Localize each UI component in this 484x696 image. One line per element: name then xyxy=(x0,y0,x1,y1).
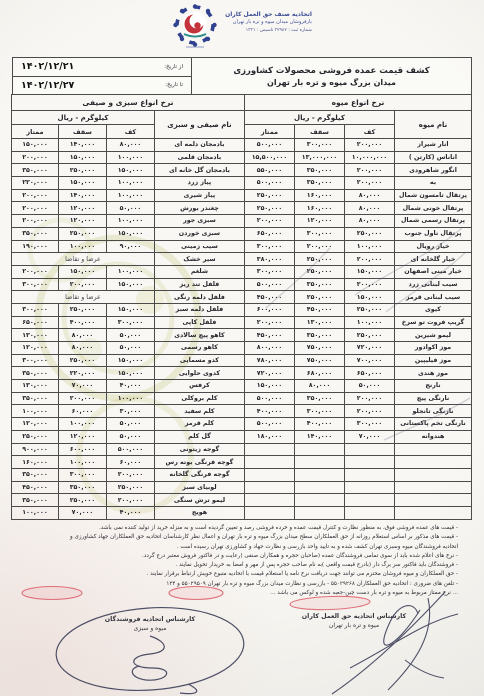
fruit-ceiling-value: ۳۰۰,۰۰۰ xyxy=(295,227,345,240)
veg-name-header: نام صیفی و سبزی xyxy=(154,111,244,139)
fruit-empty-cell xyxy=(345,456,395,469)
veg-ceiling-value: ۱۲۰,۰۰۰ xyxy=(58,430,106,443)
veg-premium-value: ۳۵۰,۰۰۰ xyxy=(11,367,58,380)
veg-premium-value: ۱۹۰,۰۰۰ xyxy=(11,240,58,253)
fruit-item-name: اناناس (کارتن ) xyxy=(395,151,472,164)
fruit-floor-value: ۷۲۰,۰۰۰ xyxy=(345,342,395,355)
footer-notes: - قیمت های عمده فروشی فوق، به منظور نظار… xyxy=(34,524,458,598)
fruit-premium-value: ۶۵۰,۰۰۰ xyxy=(244,227,294,240)
fruit-empty-cell xyxy=(244,468,294,481)
price-row: پرتقال ناول جنوب۲۵۰,۰۰۰۳۰۰,۰۰۰۶۵۰,۰۰۰سبز… xyxy=(11,227,471,240)
veg-floor-value: ۳۰۰,۰۰۰ xyxy=(106,316,154,329)
veg-section-title: نرخ انواع سبزی و صیفی xyxy=(11,95,244,111)
price-table: نرخ انواع میوه نرخ انواع سبزی و صیفی نام… xyxy=(11,94,472,520)
veg-premium-value: ۳۵۰,۰۰۰ xyxy=(11,494,58,507)
fruit-empty-cell xyxy=(244,506,294,519)
fruit-premium-value: ۱۸۰,۰۰۰ xyxy=(244,430,294,443)
veg-ceiling-value: ۱۵۰,۰۰۰ xyxy=(58,265,106,278)
price-row: انگور شاهرودی۲۰۰,۰۰۰۳۵۰,۰۰۰۵۵۰,۰۰۰بادمجا… xyxy=(11,164,471,177)
fruit-item-name: نارنگی تانجلو xyxy=(395,405,472,418)
veg-floor-value: ۴۰,۰۰۰ xyxy=(106,380,154,393)
veg-ceiling-value: ۲۵۰,۰۰۰ xyxy=(58,494,106,507)
veg-item-name: چغندر بورش xyxy=(154,202,244,215)
note-line: - حق العملکاران و میوه فروشان محترم می ت… xyxy=(34,570,458,579)
fruit-premium-value: ۳۰۰,۰۰۰ xyxy=(244,265,294,278)
fruit-floor-value: ۲۰۰,۰۰۰ xyxy=(345,405,395,418)
fruit-premium-value: ۵۰۰,۰۰۰ xyxy=(244,139,294,152)
veg-ceiling-value: ۲۲۰,۰۰۰ xyxy=(58,367,106,380)
price-row: موز اکوادور۷۲۰,۰۰۰۷۵۰,۰۰۰۸۰۰,۰۰۰کاهو رسم… xyxy=(11,342,471,355)
signature-right-block: کارشناس اتحادیه حق العمل کاران میوه و تر… xyxy=(279,612,429,630)
price-row: خیار مینی اصفهان۱۵۰,۰۰۰۲۵۰,۰۰۰۳۰۰,۰۰۰شلغ… xyxy=(11,265,471,278)
price-row: سیب لبنانی زرد۲۰۰,۰۰۰۳۵۰,۰۰۰۵۰۰,۰۰۰فلفل … xyxy=(11,278,471,291)
price-row: گوجه فرنگی گلخانه۲۰۰,۰۰۰۳۰۰,۰۰۰۳۵۰,۰۰۰ xyxy=(11,468,471,481)
fruit-ceiling-value: ۴۰۰,۰۰۰ xyxy=(295,418,345,431)
veg-floor-value: ۵۰,۰۰۰ xyxy=(106,329,154,342)
fruit-ceiling-value: ۱۲۰,۰۰۰ xyxy=(295,215,345,228)
veg-premium-value: ۱۰۰,۰۰۰ xyxy=(11,506,58,519)
fruit-ceiling-value: ۳۵۰,۰۰۰ xyxy=(295,392,345,405)
veg-item-name: کاهو رسمی xyxy=(154,342,244,355)
fruit-ceiling-value: ۷۵۰,۰۰۰ xyxy=(295,354,345,367)
fruit-floor-value: ۱۰۰,۰۰۰ xyxy=(345,240,395,253)
fruit-unit-header: کیلوگرم - ریال xyxy=(244,111,394,125)
veg-ceiling-value: ۴۰۰,۰۰۰ xyxy=(58,316,106,329)
veg-item-name: هویج xyxy=(154,506,244,519)
price-row: به۲۰۰,۰۰۰۳۵۰,۰۰۰۵۰۰,۰۰۰پیاز زرد۱۰۰,۰۰۰۱۵… xyxy=(11,177,471,190)
note-line: اتحادیه فروشندگان میوه وسبزی تهران کشف ش… xyxy=(34,543,458,552)
fruit-floor-value: ۸۰,۰۰۰ xyxy=(345,202,395,215)
note-line: - قیمت های مذکور بر اساس استعلام روزانه … xyxy=(34,533,458,542)
veg-premium-value: ۱۳۰,۰۰۰ xyxy=(11,380,58,393)
fruit-premium-value: ۲۵۰,۰۰۰ xyxy=(244,189,294,202)
fruit-premium-value: ۳۸۰,۰۰۰ xyxy=(244,253,294,266)
fruit-empty-cell xyxy=(244,481,294,494)
veg-ceiling-value: ۶۰۰,۰۰۰ xyxy=(58,443,106,456)
note-line: - فروشندگان باید فاکتور سر برگ دار (بادر… xyxy=(34,561,458,570)
fruit-ceiling-value: ۲۵۰,۰۰۰ xyxy=(295,291,345,304)
veg-floor-value: ۵۰۰,۰۰۰ xyxy=(106,443,154,456)
veg-floor-value: ۳۰,۰۰۰ xyxy=(106,405,154,418)
veg-premium-value: ۱۰۰,۰۰۰ xyxy=(11,405,58,418)
fruit-ceiling-value: ۳۵۰,۰۰۰ xyxy=(295,177,345,190)
veg-ceiling-value: ۲۵۰,۰۰۰ xyxy=(58,227,106,240)
veg-ceiling-value: ۲۰۰,۰۰۰ xyxy=(58,392,106,405)
price-row: خیار رویال۱۰۰,۰۰۰۲۰۰,۰۰۰۳۰۰,۰۰۰سیب زمینی… xyxy=(11,240,471,253)
veg-item-name: لوبیای سبز xyxy=(154,481,244,494)
signature-right-subtitle: میوه و تره بار تهران xyxy=(279,621,429,630)
veg-premium-value: ۶۵۰,۰۰۰ xyxy=(11,316,58,329)
veg-floor-value: ۲۰۰,۰۰۰ xyxy=(106,468,154,481)
org-name-line1: اتحادیه صنف حق العمل کاران xyxy=(225,11,312,19)
fruit-empty-cell xyxy=(244,456,294,469)
veg-premium-value: ۲۰۰,۰۰۰ xyxy=(11,215,58,228)
signature-left-subtitle: میوه و سبزی xyxy=(80,624,220,633)
fruit-item-name: نارنج xyxy=(395,380,472,393)
fruit-empty-cell xyxy=(395,481,472,494)
fruit-item-name: خیار مینی اصفهان xyxy=(395,265,472,278)
veg-ceiling-value: ۸۰,۰۰۰ xyxy=(58,342,106,355)
fruit-premium-header: ممتاز xyxy=(244,125,294,139)
veg-item-name: سبزی خوردن xyxy=(154,227,244,240)
fruit-ceiling-value: ۸۰,۰۰۰ xyxy=(295,380,345,393)
price-row: پرتقال خونی شمال۸۰,۰۰۰۱۶۰,۰۰۰۲۵۰,۰۰۰چغند… xyxy=(11,202,471,215)
fruit-item-name: موز فیلیپین xyxy=(395,354,472,367)
price-row: موز فیلیپین۷۰۰,۰۰۰۷۵۰,۰۰۰۷۸۰,۰۰۰کدو مسما… xyxy=(11,354,471,367)
fruit-floor-value: ۱۰,۰۰۰,۰۰۰ xyxy=(345,151,395,164)
veg-item-name: گوجه زیتونی xyxy=(154,443,244,456)
price-row: اناناس (کارتن )۱۰,۰۰۰,۰۰۰۱۳,۰۰۰,۰۰۰۱۵,۵۰… xyxy=(11,151,471,164)
veg-item-name: گل کلم xyxy=(154,430,244,443)
fruit-item-name: پرتقال خونی شمال xyxy=(395,202,472,215)
union-logo-icon xyxy=(172,3,218,51)
veg-floor-value: ۱۵۰,۰۰۰ xyxy=(106,164,154,177)
price-row: نارنج۵۰,۰۰۰۸۰,۰۰۰۱۵۰,۰۰۰کرفس۴۰,۰۰۰۷۰,۰۰۰… xyxy=(11,380,471,393)
fruit-floor-value: ۵۰,۰۰۰ xyxy=(345,380,395,393)
fruit-ceiling-value: ۶۸۰,۰۰۰ xyxy=(295,367,345,380)
fruit-floor-value: ۲۰۰,۰۰۰ xyxy=(345,177,395,190)
veg-floor-value: ۱۰۰,۰۰۰ xyxy=(106,177,154,190)
fruit-ceiling-value: ۲۰۰,۰۰۰ xyxy=(295,240,345,253)
fruit-empty-cell xyxy=(295,468,345,481)
veg-ceiling-value: ۱۰۰,۰۰۰ xyxy=(58,418,106,431)
price-row: نارنگی پیچ۲۰۰,۰۰۰۳۵۰,۰۰۰۵۰۰,۰۰۰کلم بروکل… xyxy=(11,392,471,405)
price-row: گوجه فرنگی بوته رس۶۰,۰۰۰۱۰۰,۰۰۰۱۶۰,۰۰۰ xyxy=(11,456,471,469)
veg-premium-value: ۲۰۰,۰۰۰ xyxy=(11,265,58,278)
veg-item-name: پیاز شیری xyxy=(154,189,244,202)
fruit-premium-value: ۵۰۰,۰۰۰ xyxy=(244,418,294,431)
fruit-floor-value: ۲۰۰,۰۰۰ xyxy=(345,139,395,152)
veg-ceiling-value: ۱۵۰,۰۰۰ xyxy=(58,177,106,190)
fruit-floor-value: ۳۰۰,۰۰۰ xyxy=(345,418,395,431)
price-row: نارنگی تخم پاکستانی۳۰۰,۰۰۰۴۰۰,۰۰۰۵۰۰,۰۰۰… xyxy=(11,418,471,431)
fruit-premium-value: ۳۰۰,۰۰۰ xyxy=(244,240,294,253)
veg-floor-value: ۱۰۰,۰۰۰ xyxy=(106,265,154,278)
veg-item-name: بادمجان گل خانه ای xyxy=(154,164,244,177)
fruit-premium-value: ۱۵,۵۰۰,۰۰۰ xyxy=(244,151,294,164)
fruit-empty-cell xyxy=(295,481,345,494)
price-row: پرتقال تامسون شمال۸۰,۰۰۰۱۶۰,۰۰۰۲۵۰,۰۰۰پی… xyxy=(11,189,471,202)
price-row: پرتقال رسمی شمال۸۰,۰۰۰۱۲۰,۰۰۰۲۰۰,۰۰۰سبزی… xyxy=(11,215,471,228)
veg-floor-header: کف xyxy=(106,125,154,139)
note-line: - تلفن های ضروری : اتحادیه حق العملکاران… xyxy=(34,580,458,589)
veg-ceiling-value: ۲۵۰,۰۰۰ xyxy=(58,303,106,316)
fruit-floor-value: ۱۵۰,۰۰۰ xyxy=(345,291,395,304)
date-from-label: از تاریخ: xyxy=(164,64,183,70)
veg-premium-value: ۳۵۰,۰۰۰ xyxy=(11,164,58,177)
veg-item-name: کلم قرمز xyxy=(154,418,244,431)
veg-premium-value: ۱۳۰,۰۰۰ xyxy=(11,329,58,342)
veg-premium-value: ۳۰۰,۰۰۰ xyxy=(11,278,58,291)
veg-unit-header: کیلوگرم - ریال xyxy=(11,111,154,125)
veg-item-name: کرفس xyxy=(154,380,244,393)
fruit-floor-value: ۲۰۰,۰۰۰ xyxy=(345,392,395,405)
fruit-premium-value: ۲۵۰,۰۰۰ xyxy=(244,202,294,215)
veg-floor-value: ۱۰۰,۰۰۰ xyxy=(106,392,154,405)
fruit-ceiling-value: ۱۳۰,۰۰۰ xyxy=(295,316,345,329)
veg-premium-value: ۲۲۰,۰۰۰ xyxy=(11,177,58,190)
veg-ceiling-value: ۷۰,۰۰۰ xyxy=(58,506,106,519)
fruit-premium-value: ۵۵۰,۰۰۰ xyxy=(244,164,294,177)
veg-floor-value: ۱۰۰,۰۰۰ xyxy=(106,189,154,202)
veg-floor-value: ۱۵۰,۰۰۰ xyxy=(106,354,154,367)
fruit-ceiling-header: سقف xyxy=(295,125,345,139)
fruit-empty-cell xyxy=(295,506,345,519)
veg-ceiling-value: ۸۰,۰۰۰ xyxy=(58,329,106,342)
price-row: لیمو ترش سنگی۲۰۰,۰۰۰۲۵۰,۰۰۰۳۵۰,۰۰۰ xyxy=(11,494,471,507)
fruit-ceiling-value: ۳۰۰,۰۰۰ xyxy=(295,139,345,152)
veg-floor-value: ۵۰,۰۰۰ xyxy=(106,430,154,443)
veg-item-name: کلم بروکلی xyxy=(154,392,244,405)
title-line2: میدان بزرگ میوه و تره بار تهران xyxy=(267,77,396,88)
veg-ceiling-value: ۱۵۰,۰۰۰ xyxy=(58,151,106,164)
veg-ceiling-value: ۱۰۰,۰۰۰ xyxy=(58,240,106,253)
fruit-floor-value: ۲۰۰,۰۰۰ xyxy=(345,164,395,177)
veg-supply-demand-cell: عرضا و تقاضا xyxy=(11,291,154,304)
fruit-item-name: به xyxy=(395,177,472,190)
fruit-ceiling-value: ۱۶۰,۰۰۰ xyxy=(295,189,345,202)
veg-premium-value: ۲۰۰,۰۰۰ xyxy=(11,202,58,215)
fruit-item-name: پرتقال ناول جنوب xyxy=(395,227,472,240)
veg-floor-value: ۱۰۰,۰۰۰ xyxy=(106,215,154,228)
veg-item-name: فلفل دلمه سبز xyxy=(154,303,244,316)
note-line: - نرخ های اعلام شده باید از سوی تمامی فر… xyxy=(34,552,458,561)
unit-header-row: نام میوه کیلوگرم - ریال نام صیفی و سبزی … xyxy=(11,111,471,125)
price-row: انار شیراز۲۰۰,۰۰۰۳۰۰,۰۰۰۵۰۰,۰۰۰بادمجان د… xyxy=(11,139,471,152)
veg-ceiling-value: ۱۴۰,۰۰۰ xyxy=(58,189,106,202)
veg-item-name: بادمجان دلمه ای xyxy=(154,139,244,152)
veg-premium-value: ۱۶۰,۰۰۰ xyxy=(11,456,58,469)
veg-premium-value: ۱۲۰,۰۰۰ xyxy=(11,418,58,431)
fruit-item-name: کیوی xyxy=(395,303,472,316)
price-row: سیب لبنانی قرمز۱۵۰,۰۰۰۲۵۰,۰۰۰۴۵۰,۰۰۰فلفل… xyxy=(11,291,471,304)
date-from-row: از تاریخ: ۱۴۰۲/۱۲/۲۱ xyxy=(13,58,191,76)
fruit-item-name: گریپ فروت تو سرخ xyxy=(395,316,472,329)
veg-premium-value: ۳۵۰,۰۰۰ xyxy=(11,227,58,240)
veg-item-name: فلفل کاپی xyxy=(154,316,244,329)
veg-ceiling-value: ۱۲۰,۰۰۰ xyxy=(58,202,106,215)
fruit-floor-value: ۲۰۰,۰۰۰ xyxy=(345,253,395,266)
fruit-ceiling-value: ۴۵۰,۰۰۰ xyxy=(295,303,345,316)
date-box: از تاریخ: ۱۴۰۲/۱۲/۲۱ تا تاریخ: ۱۴۰۲/۱۲/۲… xyxy=(13,58,191,94)
price-row: موز هندی۶۵۰,۰۰۰۶۸۰,۰۰۰۷۲۰,۰۰۰کدوی حلوایی… xyxy=(11,367,471,380)
fruit-empty-cell xyxy=(295,494,345,507)
org-header: اتحادیه صنف حق العمل کاران بارفروشان مید… xyxy=(0,0,484,57)
fruit-empty-cell xyxy=(395,468,472,481)
veg-ceiling-header: سقف xyxy=(58,125,106,139)
fruit-empty-cell xyxy=(345,443,395,456)
veg-item-name: گوجه فرنگی گلخانه xyxy=(154,468,244,481)
veg-floor-value: ۵۰,۰۰۰ xyxy=(106,202,154,215)
fruit-ceiling-value: ۳۵۰,۰۰۰ xyxy=(295,164,345,177)
fruit-floor-value: ۷۰۰,۰۰۰ xyxy=(345,354,395,367)
price-row: نارنگی تانجلو۲۰۰,۰۰۰۳۰۰,۰۰۰۴۰۰,۰۰۰کلم سف… xyxy=(11,405,471,418)
section-header-row: نرخ انواع میوه نرخ انواع سبزی و صیفی xyxy=(11,95,471,111)
veg-item-name: کلم سفید xyxy=(154,405,244,418)
fruit-empty-cell xyxy=(345,506,395,519)
fruit-empty-cell xyxy=(345,494,395,507)
fruit-empty-cell xyxy=(395,443,472,456)
fruit-ceiling-value: ۱۳,۰۰۰,۰۰۰ xyxy=(295,151,345,164)
fruit-premium-value: ۵۰۰,۰۰۰ xyxy=(244,392,294,405)
fruit-floor-value: ۸۰,۰۰۰ xyxy=(345,215,395,228)
veg-floor-value: ۴۰,۰۰۰ xyxy=(106,506,154,519)
fruit-premium-value: ۷۸۰,۰۰۰ xyxy=(244,354,294,367)
fruit-ceiling-value: ۱۶۰,۰۰۰ xyxy=(295,202,345,215)
veg-item-name: فلفل تند ریز xyxy=(154,278,244,291)
fruit-name-header: نام میوه xyxy=(395,111,472,139)
fruit-floor-value: ۷۰,۰۰۰ xyxy=(345,430,395,443)
fruit-empty-cell xyxy=(345,481,395,494)
fruit-item-name: خیار گلخانه ای xyxy=(395,253,472,266)
veg-item-name: کاهو پیچ سالادی xyxy=(154,329,244,342)
veg-floor-value: ۸۰,۰۰۰ xyxy=(106,139,154,152)
fruit-item-name: لیمو شیرین xyxy=(395,329,472,342)
veg-floor-value: ۲۰۰,۰۰۰ xyxy=(106,494,154,507)
veg-item-name: سیب زمینی xyxy=(154,240,244,253)
fruit-empty-cell xyxy=(345,468,395,481)
veg-floor-value: ۵۰,۰۰۰ xyxy=(106,342,154,355)
org-name-line2: بارفروشان میدان میوه و تره بار تهران xyxy=(225,19,312,26)
fruit-item-name: خیار رویال xyxy=(395,240,472,253)
veg-item-name: پیاز زرد xyxy=(154,177,244,190)
fruit-empty-cell xyxy=(295,456,345,469)
fruit-item-name: نارنگی تخم پاکستانی xyxy=(395,418,472,431)
fruit-premium-value: ۱۵۰,۰۰۰ xyxy=(244,380,294,393)
fruit-premium-value: ۴۵۰,۰۰۰ xyxy=(244,291,294,304)
veg-premium-value: ۹۰۰,۰۰۰ xyxy=(11,443,58,456)
fruit-floor-value: ۲۰۰,۰۰۰ xyxy=(345,278,395,291)
fruit-floor-value: ۱۵۰,۰۰۰ xyxy=(345,265,395,278)
fruit-ceiling-value: ۲۵۰,۰۰۰ xyxy=(295,253,345,266)
price-row: لوبیای سبز۲۵۰,۰۰۰۳۵۰,۰۰۰۴۵۰,۰۰۰ xyxy=(11,481,471,494)
price-table-body: انار شیراز۲۰۰,۰۰۰۳۰۰,۰۰۰۵۰۰,۰۰۰بادمجان د… xyxy=(11,139,471,520)
fruit-premium-value: ۴۵۰,۰۰۰ xyxy=(244,329,294,342)
veg-item-name: لیمو ترش سنگی xyxy=(154,494,244,507)
fruit-ceiling-value: ۳۰۰,۰۰۰ xyxy=(295,405,345,418)
veg-premium-value: ۲۵۰,۰۰۰ xyxy=(11,430,58,443)
signature-left-block: کارشناس اتحادیه فروشندگان میوه و سبزی xyxy=(80,615,220,633)
veg-ceiling-value: ۷۰,۰۰۰ xyxy=(58,380,106,393)
veg-ceiling-value: ۲۰۰,۰۰۰ xyxy=(58,278,106,291)
veg-floor-value: ۱۰۰,۰۰۰ xyxy=(106,151,154,164)
veg-ceiling-value: ۲۵۰,۰۰۰ xyxy=(58,354,106,367)
veg-premium-value: ۳۵۰,۰۰۰ xyxy=(11,468,58,481)
fruit-empty-cell xyxy=(244,494,294,507)
fruit-floor-value: ۲۵۰,۰۰۰ xyxy=(345,329,395,342)
veg-item-name: سیر خشک xyxy=(154,253,244,266)
date-to-row: تا تاریخ: ۱۴۰۲/۱۲/۲۷ xyxy=(13,76,191,95)
fruit-floor-value: ۱۰۰,۰۰۰ xyxy=(345,316,395,329)
fruit-floor-header: کف xyxy=(345,125,395,139)
fruit-ceiling-value: ۱۴۰,۰۰۰ xyxy=(295,430,345,443)
price-table-block: کشف قیمت عمده فروشی محصولات کشاورزی میدا… xyxy=(12,57,472,520)
veg-item-name: فلفل دلمه رنگی xyxy=(154,291,244,304)
fruit-empty-cell xyxy=(395,456,472,469)
veg-ceiling-value: ۳۰۰,۰۰۰ xyxy=(58,468,106,481)
price-row: هویج۴۰,۰۰۰۷۰,۰۰۰۱۰۰,۰۰۰ xyxy=(11,506,471,519)
fruit-section-title: نرخ انواع میوه xyxy=(244,95,471,111)
veg-item-name: بادمجان قلمی xyxy=(154,151,244,164)
fruit-premium-value: ۴۰۰,۰۰۰ xyxy=(244,405,294,418)
veg-floor-value: ۵۰,۰۰۰ xyxy=(106,418,154,431)
price-row: گریپ فروت تو سرخ۱۰۰,۰۰۰۱۳۰,۰۰۰۲۰۰,۰۰۰فلف… xyxy=(11,316,471,329)
veg-ceiling-value: ۲۵۰,۰۰۰ xyxy=(58,164,106,177)
veg-item-name: گوجه فرنگی بوته رس xyxy=(154,456,244,469)
date-to-label: تا تاریخ: xyxy=(165,82,183,88)
fruit-item-name: هندوانه xyxy=(395,430,472,443)
veg-ceiling-value: ۱۲۰,۰۰۰ xyxy=(58,215,106,228)
veg-item-name: سبزی جور xyxy=(154,215,244,228)
veg-premium-value: ۴۵۰,۰۰۰ xyxy=(11,481,58,494)
date-from-value: ۱۴۰۲/۱۲/۲۱ xyxy=(21,61,74,72)
fruit-item-name: انار شیراز xyxy=(395,139,472,152)
fruit-premium-value: ۵۰۰,۰۰۰ xyxy=(244,278,294,291)
veg-floor-value: ۱۵۰,۰۰۰ xyxy=(106,227,154,240)
fruit-ceiling-value: ۳۵۰,۰۰۰ xyxy=(295,278,345,291)
fruit-item-name: موز اکوادور xyxy=(395,342,472,355)
fruit-premium-value: ۷۲۰,۰۰۰ xyxy=(244,367,294,380)
fruit-floor-value: ۲۵۰,۰۰۰ xyxy=(345,227,395,240)
fruit-floor-value: ۲۵۰,۰۰۰ xyxy=(345,303,395,316)
fruit-floor-value: ۸۰,۰۰۰ xyxy=(345,189,395,202)
veg-premium-value: ۱۲۰,۰۰۰ xyxy=(11,342,58,355)
veg-premium-value: ۳۰۰,۰۰۰ xyxy=(11,303,58,316)
veg-floor-value: ۹۰,۰۰۰ xyxy=(106,240,154,253)
signature-left-title: کارشناس اتحادیه فروشندگان xyxy=(80,615,220,624)
org-registration-line: شماره ثبت : ۳۲۹۸۲ تاسیس : ۱۳۳۱ xyxy=(225,26,312,35)
note-line: - قیمت های عمده فروشی فوق، به منظور نظار… xyxy=(34,524,458,533)
veg-premium-value: ۲۰۰,۰۰۰ xyxy=(11,151,58,164)
fruit-item-name: نارنگی پیچ xyxy=(395,392,472,405)
date-to-value: ۱۴۰۲/۱۲/۲۷ xyxy=(21,80,74,91)
document-title-row: کشف قیمت عمده فروشی محصولات کشاورزی میدا… xyxy=(12,57,472,94)
note-line: ... نرخ ممتاز مربوط به میوه و تره بار دس… xyxy=(34,589,458,598)
fruit-premium-value: ۲۰۰,۰۰۰ xyxy=(244,316,294,329)
veg-item-name: کدو مسمایی xyxy=(154,354,244,367)
signature-right-title: کارشناس اتحادیه حق العمل کاران xyxy=(279,612,429,621)
veg-floor-value: ۱۵۰,۰۰۰ xyxy=(106,278,154,291)
document-title: کشف قیمت عمده فروشی محصولات کشاورزی میدا… xyxy=(191,58,471,94)
veg-item-name: شلغم xyxy=(154,265,244,278)
fruit-premium-value: ۲۰۰,۰۰۰ xyxy=(244,215,294,228)
org-text-block: اتحادیه صنف حق العمل کاران بارفروشان مید… xyxy=(225,3,312,35)
veg-premium-header: ممتاز xyxy=(11,125,58,139)
fruit-item-name: پرتقال رسمی شمال xyxy=(395,215,472,228)
fruit-empty-cell xyxy=(295,443,345,456)
price-row: خیار گلخانه ای۲۰۰,۰۰۰۲۵۰,۰۰۰۳۸۰,۰۰۰سیر خ… xyxy=(11,253,471,266)
title-line1: کشف قیمت عمده فروشی محصولات کشاورزی xyxy=(233,65,429,77)
fruit-ceiling-value: ۷۵۰,۰۰۰ xyxy=(295,342,345,355)
price-row: هندوانه۷۰,۰۰۰۱۴۰,۰۰۰۱۸۰,۰۰۰گل کلم۵۰,۰۰۰۱… xyxy=(11,430,471,443)
fruit-item-name: پرتقال تامسون شمال xyxy=(395,189,472,202)
fruit-item-name: موز هندی xyxy=(395,367,472,380)
veg-ceiling-value: ۱۰۰,۰۰۰ xyxy=(58,456,106,469)
fruit-premium-value: ۵۰۰,۰۰۰ xyxy=(244,177,294,190)
veg-premium-value: ۲۰۰,۰۰۰ xyxy=(11,189,58,202)
veg-floor-value: ۱۵۰,۰۰۰ xyxy=(106,367,154,380)
fruit-item-name: سیب لبنانی قرمز xyxy=(395,291,472,304)
fruit-ceiling-value: ۲۵۰,۰۰۰ xyxy=(295,265,345,278)
veg-premium-value: ۱۵۰,۰۰۰ xyxy=(11,139,58,152)
price-row: کیوی۲۵۰,۰۰۰۴۵۰,۰۰۰۶۰۰,۰۰۰فلفل دلمه سبز۱۵… xyxy=(11,303,471,316)
veg-premium-value: ۳۵۰,۰۰۰ xyxy=(11,392,58,405)
veg-item-name: کدوی حلوایی xyxy=(154,367,244,380)
fruit-empty-cell xyxy=(244,443,294,456)
price-row: لیمو شیرین۲۵۰,۰۰۰۳۵۰,۰۰۰۴۵۰,۰۰۰کاهو پیچ … xyxy=(11,329,471,342)
fruit-floor-value: ۶۵۰,۰۰۰ xyxy=(345,367,395,380)
fruit-item-name: انگور شاهرودی xyxy=(395,164,472,177)
